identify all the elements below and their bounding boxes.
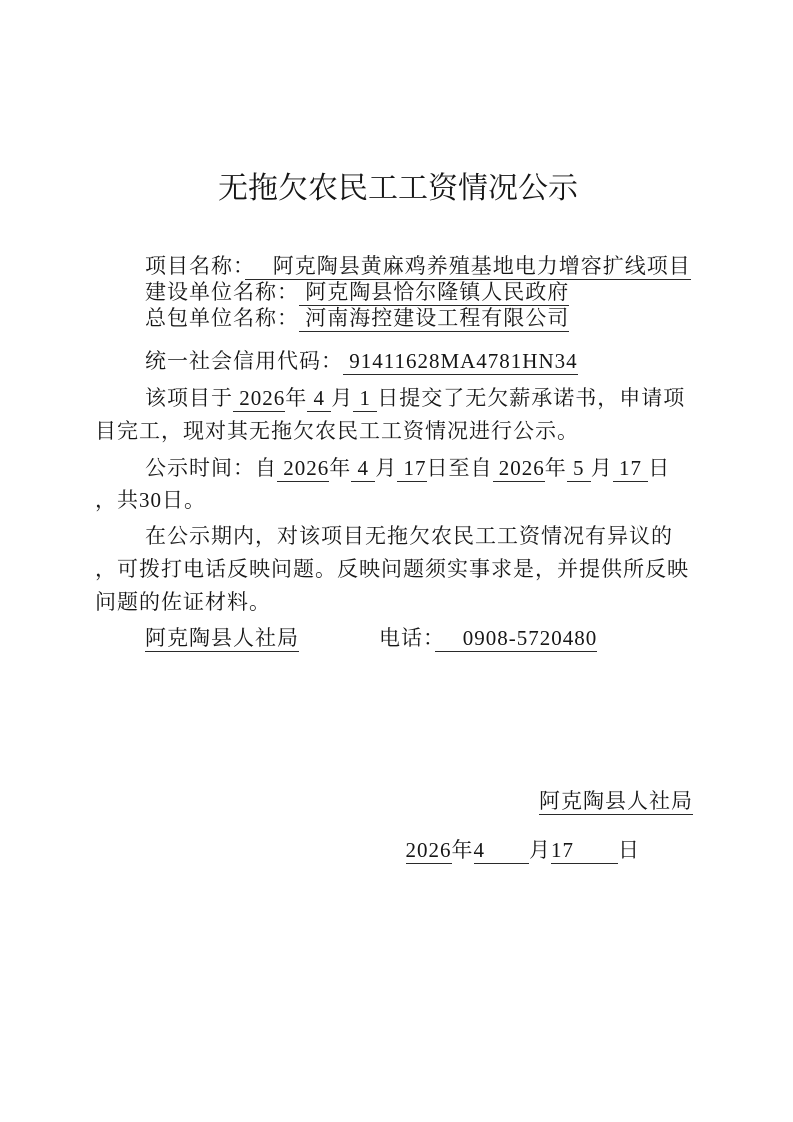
project-name-line: 项目名称： 阿克陶县黄麻鸡养殖基地电力增容扩线项目 xyxy=(95,253,701,279)
contact-agency: 阿克陶县人社局 xyxy=(145,626,299,652)
signature-month-unit: 月 xyxy=(529,838,551,862)
signature-date-line: 2026年4 月17 日 xyxy=(95,837,701,863)
contact-phone-label: 电话： xyxy=(379,626,435,650)
commitment-month-unit: 月 xyxy=(331,386,353,410)
period-line-2: ，共30日。 xyxy=(95,487,701,513)
signature-agency-line: 阿克陶县人社局 xyxy=(95,788,701,814)
credit-code-value: 91411628MA4781HN34 xyxy=(343,349,578,375)
period-to-year: 2026 xyxy=(493,456,545,482)
signature-year-unit: 年 xyxy=(452,838,474,862)
builder-name-label: 建设单位名称： xyxy=(145,280,299,304)
period-unit-2: 月 xyxy=(375,456,397,480)
commitment-rest: 日提交了无欠薪承诺书，申请项 xyxy=(377,386,685,410)
period-unit-1: 年 xyxy=(329,456,351,480)
credit-code-label: 统一社会信用代码： xyxy=(145,349,343,373)
contractor-name-value: 河南海控建设工程有限公司 xyxy=(299,306,569,332)
period-pre: 公示时间：自 xyxy=(145,456,277,480)
contact-line: 阿克陶县人社局电话： 0908-5720480 xyxy=(95,625,701,651)
period-end: 日 xyxy=(648,456,670,480)
contractor-name-label: 总包单位名称： xyxy=(145,306,299,330)
objection-line-3: 问题的佐证材料。 xyxy=(95,589,701,615)
project-name-label: 项目名称： xyxy=(145,254,245,278)
period-from-month: 4 xyxy=(351,456,375,482)
notice-title: 无拖欠农民工工资情况公示 xyxy=(95,0,701,210)
builder-name-value: 阿克陶县恰尔隆镇人民政府 xyxy=(299,280,569,306)
signature-day-unit: 日 xyxy=(618,838,640,862)
commitment-year: 2026 xyxy=(233,386,285,412)
signature-day: 17 xyxy=(551,838,618,864)
period-from-year: 2026 xyxy=(277,456,329,482)
period-mid: 日至自 xyxy=(427,456,493,480)
document-page: 无拖欠农民工工资情况公示 项目名称： 阿克陶县黄麻鸡养殖基地电力增容扩线项目 建… xyxy=(0,0,793,1122)
contractor-name-line: 总包单位名称： 河南海控建设工程有限公司 xyxy=(95,305,701,331)
signature-month: 4 xyxy=(474,838,530,864)
builder-name-line: 建设单位名称： 阿克陶县恰尔隆镇人民政府 xyxy=(95,279,701,305)
objection-line-2: ，可拨打电话反映问题。反映问题须实事求是，并提供所反映 xyxy=(95,556,701,582)
period-line-1: 公示时间：自 2026年 4 月 17日至自 2026年 5 月 17 日 xyxy=(95,455,701,481)
commitment-line-1: 该项目于 2026年 4 月 1 日提交了无欠薪承诺书，申请项 xyxy=(95,385,701,411)
objection-line-1: 在公示期内，对该项目无拖欠农民工工资情况有异议的 xyxy=(95,523,701,549)
period-from-day: 17 xyxy=(397,456,426,482)
commitment-month: 4 xyxy=(307,386,331,412)
period-to-month: 5 xyxy=(567,456,591,482)
period-to-day: 17 xyxy=(613,456,649,482)
commitment-pre: 该项目于 xyxy=(145,386,233,410)
commitment-day: 1 xyxy=(353,386,377,412)
credit-code-line: 统一社会信用代码： 91411628MA4781HN34 xyxy=(95,348,701,374)
commitment-line-2: 目完工，现对其无拖欠农民工工资情况进行公示。 xyxy=(95,418,701,444)
period-unit-4: 月 xyxy=(591,456,613,480)
signature-agency: 阿克陶县人社局 xyxy=(539,789,693,815)
commitment-year-unit: 年 xyxy=(285,386,307,410)
period-unit-3: 年 xyxy=(545,456,567,480)
project-name-value: 阿克陶县黄麻鸡养殖基地电力增容扩线项目 xyxy=(245,254,691,280)
signature-year: 2026 xyxy=(406,838,452,864)
contact-phone-value: 0908-5720480 xyxy=(435,626,598,652)
